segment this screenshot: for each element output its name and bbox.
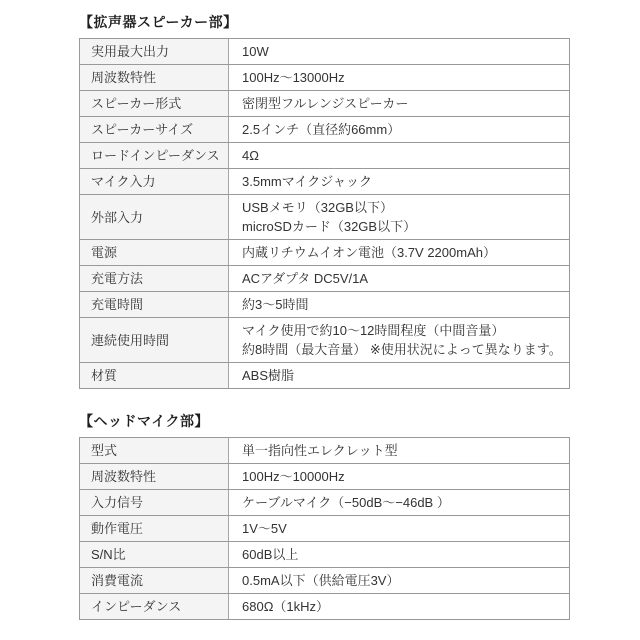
spec-label: 消費電流 xyxy=(80,568,229,593)
spec-table: 実用最大出力10W周波数特性100Hz〜13000Hzスピーカー形式密閉型フルレ… xyxy=(79,38,570,389)
spec-row: 電源内蔵リチウムイオン電池（3.7V 2200mAh） xyxy=(80,239,569,265)
spec-value: 4Ω xyxy=(229,143,569,168)
spec-label: 連続使用時間 xyxy=(80,318,229,362)
spec-value: 密閉型フルレンジスピーカー xyxy=(229,91,569,116)
table-title: 【ヘッドマイク部】 xyxy=(79,413,570,429)
spec-label: 入力信号 xyxy=(80,490,229,515)
spec-value: USBメモリ（32GB以下） microSDカード（32GB以下） xyxy=(229,195,569,239)
spec-value: ACアダプタ DC5V/1A xyxy=(229,266,569,291)
spec-value: 60dB以上 xyxy=(229,542,569,567)
spec-row: 入力信号ケーブルマイク（−50dB〜−46dB ） xyxy=(80,489,569,515)
spec-value: 10W xyxy=(229,39,569,64)
spec-label: 実用最大出力 xyxy=(80,39,229,64)
spec-row: 実用最大出力10W xyxy=(80,39,569,64)
spec-label: S/N比 xyxy=(80,542,229,567)
spec-row: S/N比60dB以上 xyxy=(80,541,569,567)
spec-value: 680Ω（1kHz） xyxy=(229,594,569,619)
spec-row: 充電方法ACアダプタ DC5V/1A xyxy=(80,265,569,291)
spec-section: 【拡声器スピーカー部】実用最大出力10W周波数特性100Hz〜13000Hzスピ… xyxy=(79,14,570,389)
spec-label: 周波数特性 xyxy=(80,464,229,489)
spec-section: 【ヘッドマイク部】型式単一指向性エレクレット型周波数特性100Hz〜10000H… xyxy=(79,413,570,620)
spec-value: ABS樹脂 xyxy=(229,363,569,388)
spec-value: 内蔵リチウムイオン電池（3.7V 2200mAh） xyxy=(229,240,569,265)
spec-value: ケーブルマイク（−50dB〜−46dB ） xyxy=(229,490,569,515)
spec-row: 外部入力USBメモリ（32GB以下） microSDカード（32GB以下） xyxy=(80,194,569,239)
spec-label: マイク入力 xyxy=(80,169,229,194)
spec-label: ロードインピーダンス xyxy=(80,143,229,168)
spec-row: 動作電圧1V〜5V xyxy=(80,515,569,541)
spec-value: 単一指向性エレクレット型 xyxy=(229,438,569,463)
spec-label: 周波数特性 xyxy=(80,65,229,90)
spec-row: 連続使用時間マイク使用で約10〜12時間程度（中間音量） 約8時間（最大音量） … xyxy=(80,317,569,362)
spec-label: 材質 xyxy=(80,363,229,388)
spec-value: 100Hz〜13000Hz xyxy=(229,65,569,90)
spec-row: インピーダンス680Ω（1kHz） xyxy=(80,593,569,619)
spec-table: 型式単一指向性エレクレット型周波数特性100Hz〜10000Hz入力信号ケーブル… xyxy=(79,437,570,620)
spec-value: 1V〜5V xyxy=(229,516,569,541)
spec-row: スピーカーサイズ2.5インチ（直径約66mm） xyxy=(80,116,569,142)
spec-value: 100Hz〜10000Hz xyxy=(229,464,569,489)
spec-label: スピーカー形式 xyxy=(80,91,229,116)
spec-value: 0.5mA以下（供給電圧3V） xyxy=(229,568,569,593)
spec-label: インピーダンス xyxy=(80,594,229,619)
spec-row: 型式単一指向性エレクレット型 xyxy=(80,438,569,463)
spec-label: 外部入力 xyxy=(80,195,229,239)
spec-sheet: 【拡声器スピーカー部】実用最大出力10W周波数特性100Hz〜13000Hzスピ… xyxy=(0,0,572,620)
spec-row: 充電時間約3〜5時間 xyxy=(80,291,569,317)
spec-label: 動作電圧 xyxy=(80,516,229,541)
spec-label: 充電時間 xyxy=(80,292,229,317)
spec-label: 充電方法 xyxy=(80,266,229,291)
spec-row: 周波数特性100Hz〜13000Hz xyxy=(80,64,569,90)
table-title: 【拡声器スピーカー部】 xyxy=(79,14,570,30)
spec-value: 約3〜5時間 xyxy=(229,292,569,317)
spec-value: マイク使用で約10〜12時間程度（中間音量） 約8時間（最大音量） ※使用状況に… xyxy=(229,318,569,362)
spec-value: 3.5mmマイクジャック xyxy=(229,169,569,194)
spec-label: 型式 xyxy=(80,438,229,463)
spec-row: マイク入力3.5mmマイクジャック xyxy=(80,168,569,194)
spec-row: スピーカー形式密閉型フルレンジスピーカー xyxy=(80,90,569,116)
spec-value: 2.5インチ（直径約66mm） xyxy=(229,117,569,142)
spec-row: 消費電流0.5mA以下（供給電圧3V） xyxy=(80,567,569,593)
spec-row: 材質ABS樹脂 xyxy=(80,362,569,388)
spec-label: 電源 xyxy=(80,240,229,265)
spec-row: 周波数特性100Hz〜10000Hz xyxy=(80,463,569,489)
spec-row: ロードインピーダンス4Ω xyxy=(80,142,569,168)
spec-label: スピーカーサイズ xyxy=(80,117,229,142)
